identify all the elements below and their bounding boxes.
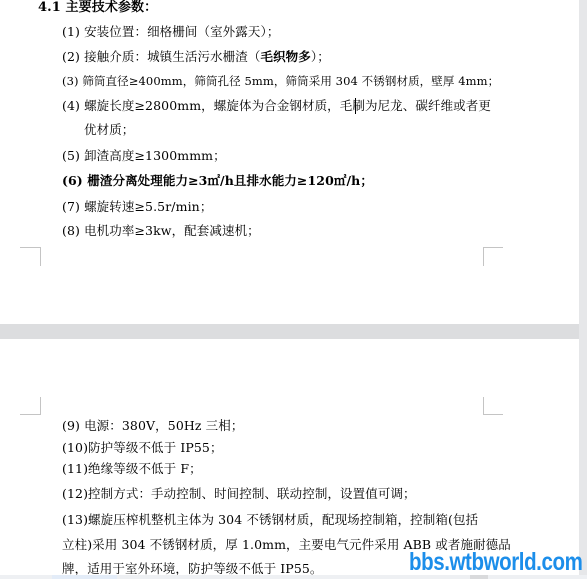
page-corner-mark-bottom-left [20, 247, 41, 266]
param-item-4-line2: 优材质； [84, 122, 134, 138]
page-corner-mark-top-left [20, 397, 41, 415]
param-item-11: (11)绝缘等级不低于 F； [62, 461, 202, 477]
param-item-6: (6) 栅渣分离处理能力≥3㎡/h且排水能力≥120㎡/h； [62, 173, 373, 189]
document-page-2[interactable]: (9) 电源：380V，50Hz 三相； (10)防护等级不低于 IP55； (… [0, 339, 579, 575]
param-item-13-line1: (13)螺旋压榨机整机主体为 304 不锈钢材质，配现场控制箱，控制箱(包括 [62, 512, 478, 528]
param-item-4-line1: (4) 螺旋长度≥2800mm，螺旋体为合金钢材质，毛刷为尼龙、碳纤维或者更 [62, 98, 491, 114]
document-page-1[interactable]: 4.1 主要技术参数： (1) 安装位置：细格栅间（室外露天）； (2) 接触介… [0, 0, 579, 324]
page-break-gap [0, 324, 579, 339]
param-item-7: (7) 螺旋转速≥5.5r/min； [62, 199, 212, 215]
page-corner-mark-top-right [483, 397, 503, 415]
watermark-text: bbs.wtbworld.com [409, 548, 582, 576]
param-item-2-prefix: (2) 接触介质：城镇生活污水栅渣（ [62, 49, 260, 64]
param-item-9: (9) 电源：380V，50Hz 三相； [62, 418, 243, 434]
param-item-2-suffix: ）； [311, 49, 330, 64]
horizontal-scrollbar-thumb[interactable] [52, 575, 117, 579]
page-corner-mark-bottom-right [483, 247, 503, 266]
text-cursor [355, 98, 356, 114]
param-item-12: (12)控制方式：手动控制、时间控制、联动控制，设置值可调； [62, 486, 416, 502]
param-item-10: (10)防护等级不低于 IP55； [62, 440, 223, 456]
param-item-8: (8) 电机功率≥3kw，配套减速机； [62, 223, 260, 239]
param-item-2: (2) 接触介质：城镇生活污水栅渣（毛织物多）； [62, 49, 330, 65]
vertical-scrollbar[interactable] [579, 0, 587, 575]
section-heading: 4.1 主要技术参数： [38, 0, 157, 16]
param-item-2-bold: 毛织物多 [260, 49, 310, 64]
param-item-5: (5) 卸渣高度≥1300mmm； [62, 148, 226, 164]
param-item-3: (3) 筛筒直径≥400mm，筛筒孔径 5mm，筛筒采用 304 不锈钢材质，壁… [62, 73, 499, 89]
param-item-1: (1) 安装位置：细格栅间（室外露天）； [62, 24, 279, 40]
document-viewport: 4.1 主要技术参数： (1) 安装位置：细格栅间（室外露天）； (2) 接触介… [0, 0, 587, 579]
